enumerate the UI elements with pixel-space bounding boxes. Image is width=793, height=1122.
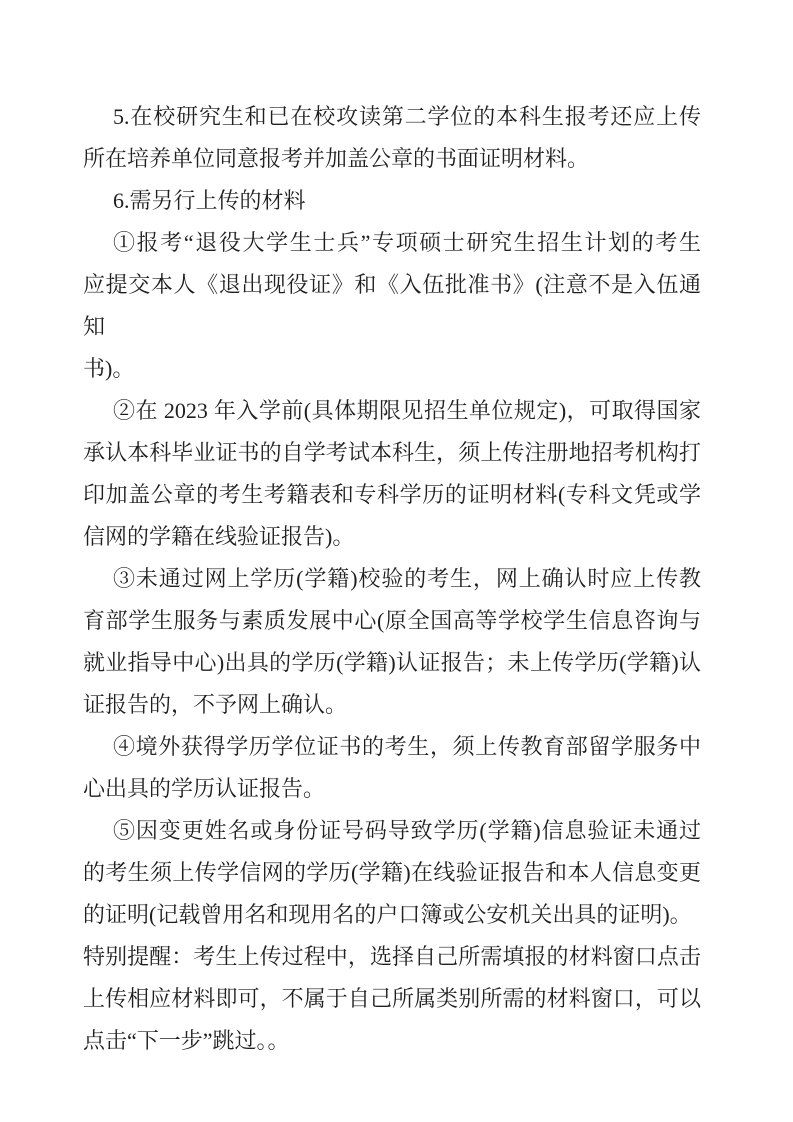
text-line: 育部学生服务与素质发展中心(原全国高等学校学生信息咨询与 (83, 600, 701, 642)
text-line: ①报考“退役大学生士兵”专项硕士研究生招生计划的考生 (83, 222, 701, 264)
text-line: 特别提醒：考生上传过程中，选择自己所需填报的材料窗口点击 (83, 936, 701, 978)
document-page: 5.在校研究生和已在校攻读第二学位的本科生报考还应上传所在培养单位同意报考并加盖… (0, 0, 793, 1122)
text-line: 信网的学籍在线验证报告)。 (83, 516, 701, 558)
text-line: 上传相应材料即可，不属于自己所属类别所需的材料窗口，可以 (83, 978, 701, 1020)
text-line: ⑤因变更姓名或身份证号码导致学历(学籍)信息验证未通过 (83, 810, 701, 852)
text-line: 就业指导中心)出具的学历(学籍)认证报告；未上传学历(学籍)认 (83, 642, 701, 684)
text-line: ②在 2023 年入学前(具体期限见招生单位规定)，可取得国家 (83, 390, 701, 432)
text-line: 的考生须上传学信网的学历(学籍)在线验证报告和本人信息变更 (83, 852, 701, 894)
text-line: 所在培养单位同意报考并加盖公章的书面证明材料。 (83, 138, 701, 180)
text-line: 点击“下一步”跳过。。 (83, 1020, 701, 1062)
text-line: ④境外获得学历学位证书的考生，须上传教育部留学服务中 (83, 726, 701, 768)
text-line: 承认本科毕业证书的自学考试本科生，须上传注册地招考机构打 (83, 432, 701, 474)
text-line: 印加盖公章的考生考籍表和专科学历的证明材料(专科文凭或学 (83, 474, 701, 516)
text-line: 应提交本人《退出现役证》和《入伍批准书》(注意不是入伍通知 (83, 264, 701, 348)
text-line: 5.在校研究生和已在校攻读第二学位的本科生报考还应上传 (83, 96, 701, 138)
text-line: 6.需另行上传的材料 (83, 180, 701, 222)
document-body: 5.在校研究生和已在校攻读第二学位的本科生报考还应上传所在培养单位同意报考并加盖… (83, 96, 701, 1062)
text-line: ③未通过网上学历(学籍)校验的考生，网上确认时应上传教 (83, 558, 701, 600)
text-line: 的证明(记载曾用名和现用名的户口簿或公安机关出具的证明)。 (83, 894, 701, 936)
text-line: 心出具的学历认证报告。 (83, 768, 701, 810)
text-line: 证报告的，不予网上确认。 (83, 684, 701, 726)
text-line: 书)。 (83, 348, 701, 390)
